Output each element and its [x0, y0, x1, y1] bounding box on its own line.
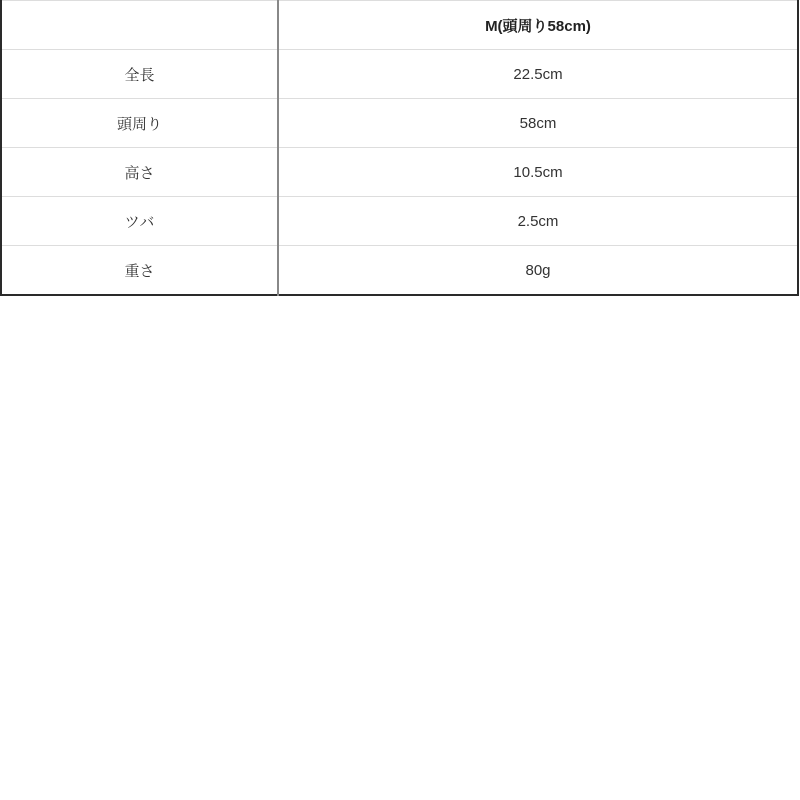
header-corner-cell [1, 1, 278, 50]
table-row: 頭周り 58cm [1, 99, 798, 148]
row-label-weight: 重さ [1, 246, 278, 296]
row-value-height: 10.5cm [278, 148, 798, 197]
table-row: 高さ 10.5cm [1, 148, 798, 197]
row-label-brim: ツバ [1, 197, 278, 246]
table-row: 重さ 80g [1, 246, 798, 296]
size-chart-table: M(頭周り58cm) 全長 22.5cm 頭周り 58cm 高さ 10.5cm … [0, 0, 799, 296]
table-row: ツバ 2.5cm [1, 197, 798, 246]
row-value-brim: 2.5cm [278, 197, 798, 246]
row-label-total-length: 全長 [1, 50, 278, 99]
row-value-head-circumference: 58cm [278, 99, 798, 148]
row-value-total-length: 22.5cm [278, 50, 798, 99]
row-label-head-circumference: 頭周り [1, 99, 278, 148]
table-header-row: M(頭周り58cm) [1, 1, 798, 50]
row-label-height: 高さ [1, 148, 278, 197]
table-row: 全長 22.5cm [1, 50, 798, 99]
header-size-m: M(頭周り58cm) [278, 1, 798, 50]
row-value-weight: 80g [278, 246, 798, 296]
